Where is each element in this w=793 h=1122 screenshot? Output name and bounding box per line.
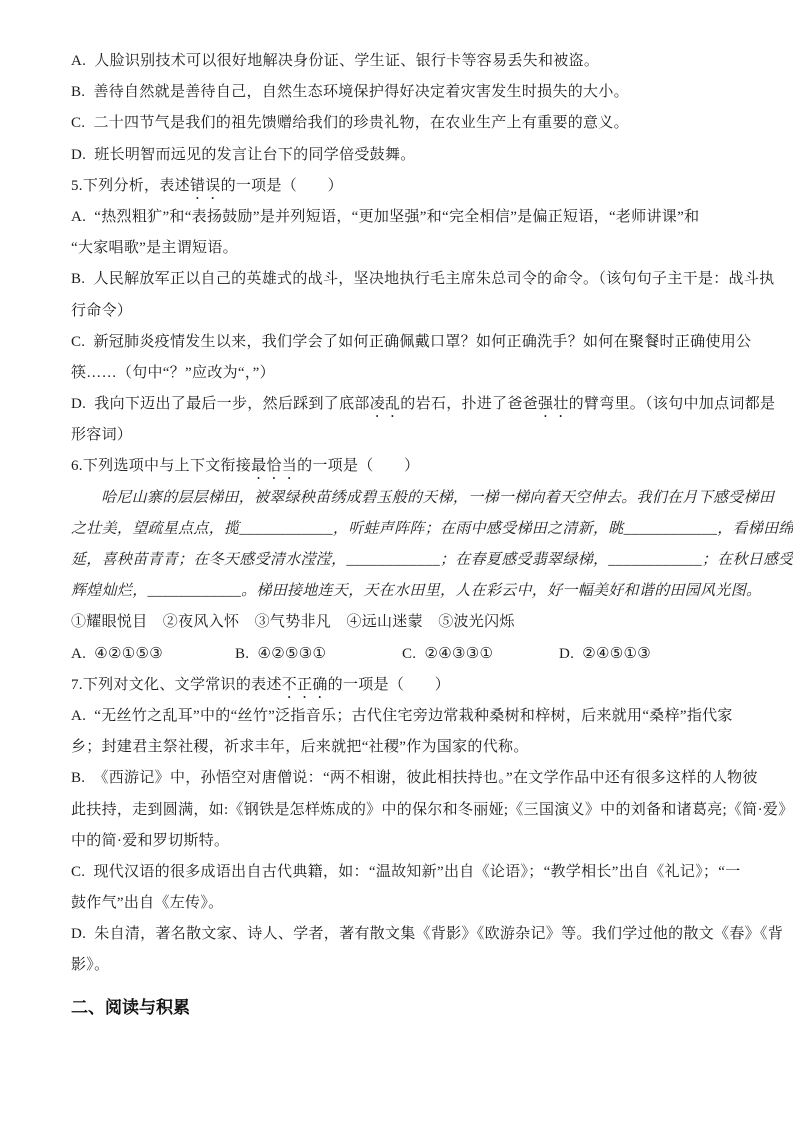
exam-document-page: A. 人脸识别技术可以很好地解决身份证、学生证、银行卡等容易丢失和被盗。 B. … [0,0,793,1122]
q5-option-c-line1: C. 新冠肺炎疫情发生以来，我们学会了如何正确佩戴口罩？如何正确洗手？如何在聚餐… [71,327,733,358]
question-6-title: 6.下列选项中与上下文衔接最恰当的一项是（ ） [71,451,733,482]
q5-option-c-line2: 筷……（句中“？”应改为“，”） [71,358,733,389]
q6-options-row: A. ④②①⑤③B. ④②⑤③①C. ②④③③①D. ②④⑤①③ [71,639,733,670]
q7-title-pre: 7.下列对文化、文学常识的表述 [71,677,282,693]
q5-option-d-seg1: D. 我向下迈出了最后一步，然后踩到了底部 [71,396,370,412]
q6-option-d: D. ②④⑤①③ [559,639,651,670]
q6-title-post: 的一项是（ ） [297,458,419,474]
q5-option-b-line1: B. 人民解放军正以自己的英雄式的战斗，坚决地执行毛主席朱总司令的命令。（该句句… [71,264,733,295]
q5-option-a-line2: “大家唱歌”是主谓短语。 [71,233,733,264]
q5-option-d-emphasized2: 强壮 [538,396,569,412]
q4-option-d: D. 班长明智而远见的发言让台下的同学倍受鼓舞。 [71,140,733,171]
q5-title-post: 的一项是（ ） [221,178,343,194]
exam-content: A. 人脸识别技术可以很好地解决身份证、学生证、银行卡等容易丢失和被盗。 B. … [71,46,733,1023]
q7-option-b-line2: 此扶持，走到圆满，如:《钢铁是怎样炼成的》中的保尔和冬丽娅;《三国演义》中的刘备… [71,795,733,826]
q5-option-a-line1: A. “热烈粗犷”和“表扬鼓励”是并列短语，“更加坚强”和“完全相信”是偏正短语… [71,202,733,233]
q6-passage-line3: 延，喜秧苗青青；在冬天感受清水滢滢，____________；在春夏感受翡翠绿梯… [71,545,733,576]
q5-title-pre: 5.下列分析，表述 [71,178,190,194]
q7-option-a-line2: 乡；封建君主祭社稷，祈求丰年，后来就把“社稷”作为国家的代称。 [71,732,733,763]
q6-option-b: B. ④②⑤③① [235,639,402,670]
q4-option-c: C. 二十四节气是我们的祖先馈赠给我们的珍贵礼物，在农业生产上有重要的意义。 [71,108,733,139]
q5-title-emphasized: 错误 [190,178,221,194]
q5-option-d-line2: 形容词） [71,420,733,451]
q5-option-d-seg3: 的臂弯里。（该句中加点词都是 [569,396,776,412]
q7-option-b-line1: B. 《西游记》中，孙悟空对唐僧说：“两不相谢，彼此相扶持也。”在文学作品中还有… [71,763,733,794]
q4-option-b: B. 善待自然就是善待自己，自然生态环境保护得好决定着灾害发生时损失的大小。 [71,77,733,108]
q7-title-post: 的一项是（ ） [328,677,450,693]
q6-passage-line1: 哈尼山寨的层层梯田，被翠绿秧苗绣成碧玉般的天梯，一梯一梯向着天空伸去。我们在月下… [71,483,733,514]
question-5-title: 5.下列分析，表述错误的一项是（ ） [71,171,733,202]
q7-option-d-line2: 影》。 [71,950,733,981]
q6-title-emphasized: 最恰当 [251,458,297,474]
q5-option-b-line2: 行命令） [71,296,733,327]
q7-title-emphasized: 不正确 [282,677,328,693]
q7-option-c-line1: C. 现代汉语的很多成语出自古代典籍，如：“温故知新”出自《论语》；“教学相长”… [71,857,733,888]
q6-passage-line2: 之壮美，望疏星点点，揽____________，听蛙声阵阵；在雨中感受梯田之清新… [71,514,733,545]
question-7-title: 7.下列对文化、文学常识的表述不正确的一项是（ ） [71,670,733,701]
q6-option-c: C. ②④③③① [402,639,559,670]
section-2-heading: 二、阅读与积累 [71,992,733,1023]
q6-passage-line4: 辉煌灿烂，____________。梯田接地连天，天在水田里，人在彩云中，好一幅… [71,576,733,607]
q6-title-pre: 6.下列选项中与上下文衔接 [71,458,251,474]
q6-option-a: A. ④②①⑤③ [71,639,235,670]
q5-option-d-seg2: 的岩石，扑进了爸爸 [400,396,538,412]
q7-option-c-line2: 鼓作气”出自《左传》。 [71,888,733,919]
q5-option-d-emphasized1: 凌乱 [370,396,401,412]
q7-option-a-line1: A. “无丝竹之乱耳”中的“丝竹”泛指音乐；古代住宅旁边常栽种桑树和梓树，后来就… [71,701,733,732]
q4-option-a: A. 人脸识别技术可以很好地解决身份证、学生证、银行卡等容易丢失和被盗。 [71,46,733,77]
q7-option-d-line1: D. 朱自清，著名散文家、诗人、学者，著有散文集《背影》《欧游杂记》等。我们学过… [71,919,733,950]
q6-numbered-items: ①耀眼悦目 ②夜风入怀 ③气势非凡 ④远山迷蒙 ⑤波光闪烁 [71,607,733,638]
q5-option-d-line1: D. 我向下迈出了最后一步，然后踩到了底部凌乱的岩石，扑进了爸爸强壮的臂弯里。（… [71,389,733,420]
q7-option-b-line3: 中的简·爱和罗切斯特。 [71,826,733,857]
